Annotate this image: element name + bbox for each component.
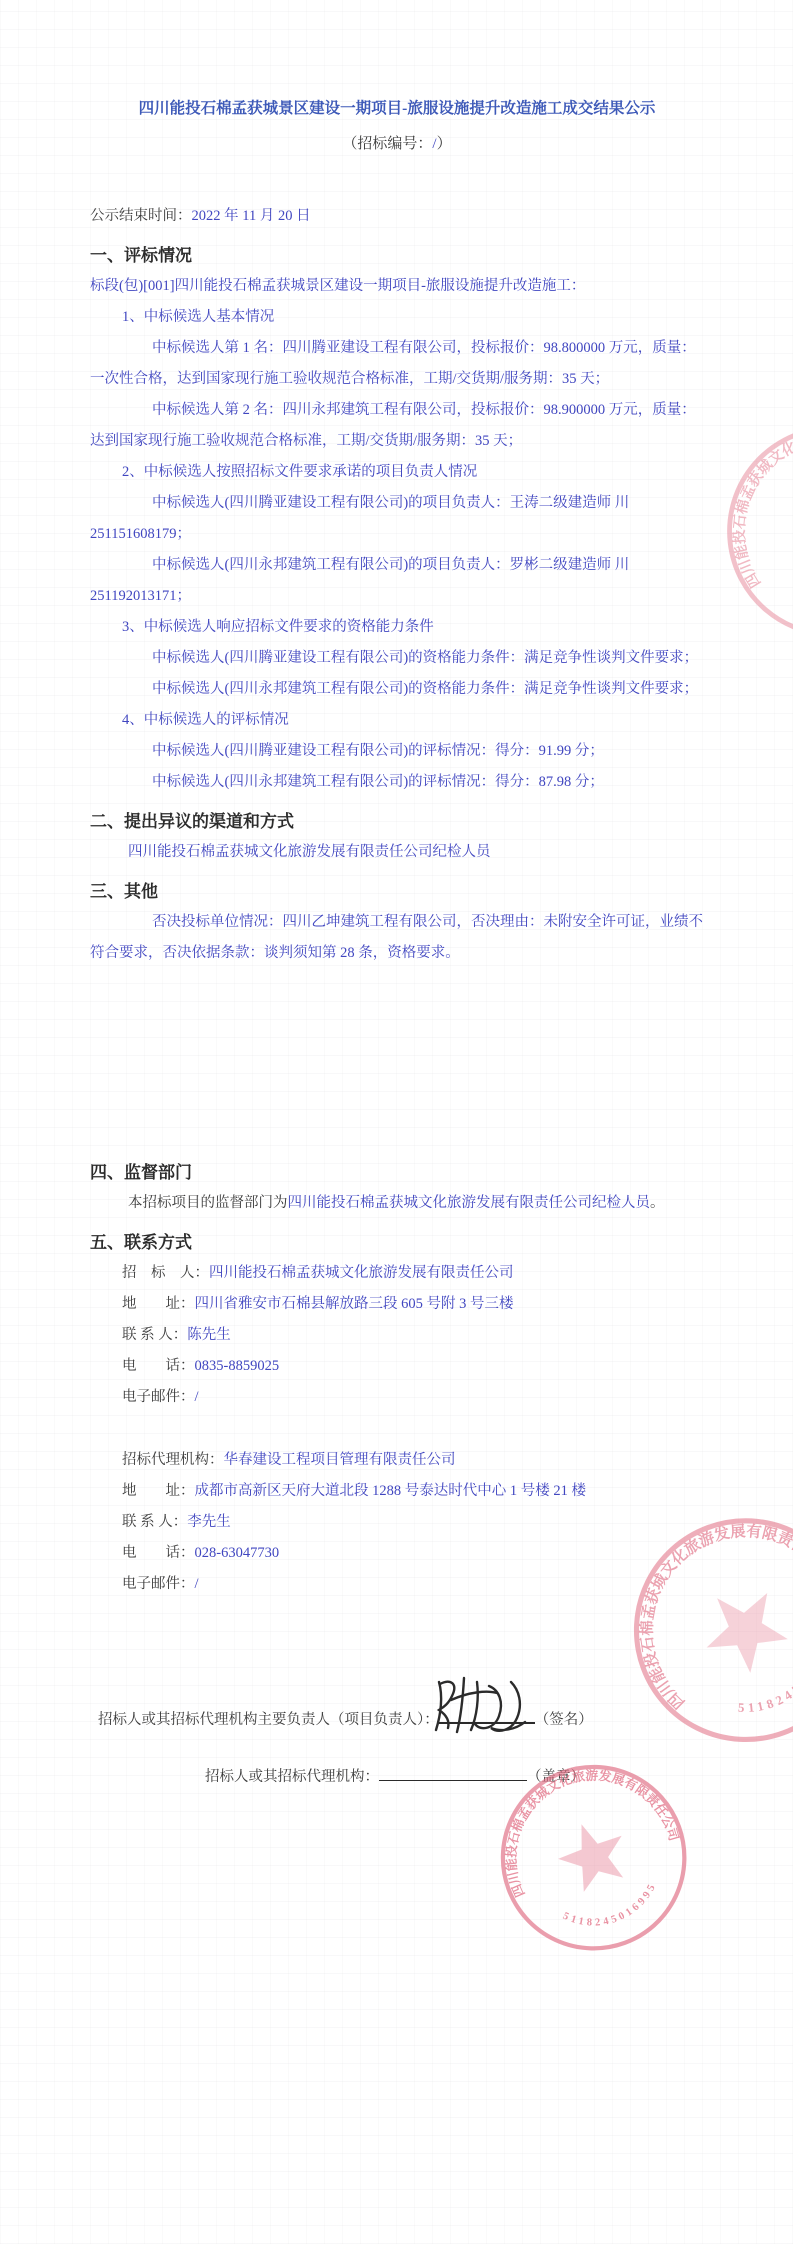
seal-star-icon xyxy=(550,1813,636,1897)
contact-value: 四川省雅安市石棉县解放路三段 605 号附 3 号三楼 xyxy=(195,1296,514,1312)
contact-row: 电 话：0835-8859025 xyxy=(122,1351,704,1382)
contact-label: 电子邮件： xyxy=(122,1576,195,1592)
supervision-line: 本招标项目的监督部门为四川能投石棉孟获城文化旅游发展有限责任公司纪检人员。 xyxy=(90,1188,704,1219)
seal-star-icon xyxy=(780,477,793,578)
candidate1-qualification-paragraph: 中标候选人(四川腾亚建设工程有限公司)的资格能力条件：满足竞争性谈判文件要求； xyxy=(90,643,704,674)
candidate2-manager-paragraph: 中标候选人(四川永邦建筑工程有限公司)的项目负责人：罗彬二级建造师 川 2511… xyxy=(90,550,704,612)
seal-ring xyxy=(693,392,793,671)
contact-value: 028-63047730 xyxy=(195,1545,280,1561)
tender-result-announcement-page: { "colors": { "title_blue": "#3d59b8", "… xyxy=(0,0,793,2244)
end-time-label: 公示结束时间： xyxy=(90,208,192,224)
item-label-1: 1、中标候选人基本情况 xyxy=(122,302,704,333)
page-title: 四川能投石棉孟获城景区建设一期项目-旅服设施提升改造施工成交结果公示 xyxy=(90,98,704,120)
contact-row: 电子邮件：/ xyxy=(122,1569,704,1600)
contact-value: 0835-8859025 xyxy=(195,1358,280,1374)
bidder-contact-block: 招 标 人：四川能投石棉孟获城文化旅游发展有限责任公司 地 址：四川省雅安市石棉… xyxy=(90,1258,704,1413)
contact-row: 电子邮件：/ xyxy=(122,1382,704,1413)
svg-text:5118245016995: 5118245016995 xyxy=(731,1624,793,1735)
candidate2-basic-paragraph: 中标候选人第 2 名：四川永邦建筑工程有限公司，投标报价：98.900000 万… xyxy=(90,395,704,457)
item-label-2: 2、中标候选人按照招标文件要求承诺的项目负责人情况 xyxy=(122,457,704,488)
rejected-bidder-paragraph: 否决投标单位情况：四川乙坤建筑工程有限公司，否决理由：未附安全许可证，业绩不符合… xyxy=(90,907,704,969)
document-body: 四川能投石棉孟获城景区建设一期项目-旅服设施提升改造施工成交结果公示 （招标编号… xyxy=(90,0,704,1793)
supervision-suffix: 。 xyxy=(650,1195,665,1211)
section-heading-contact: 五、联系方式 xyxy=(90,1227,704,1258)
seal-company-text: 四川能投石棉孟获城文化旅游发展有限责任公司 xyxy=(695,392,793,591)
contact-value: / xyxy=(195,1389,199,1405)
contact-row: 地 址：成都市高新区天府大道北段 1288 号泰达时代中心 1 号楼 21 楼 xyxy=(122,1476,704,1507)
contact-label: 招 标 人： xyxy=(122,1265,209,1281)
contact-row: 招标代理机构：华春建设工程项目管理有限责任公司 xyxy=(122,1445,704,1476)
contact-row: 联 系 人：李先生 xyxy=(122,1507,704,1538)
bid-number-line: （招标编号：/） xyxy=(90,133,704,155)
section-heading-other: 三、其他 xyxy=(90,876,704,907)
contact-label: 联 系 人： xyxy=(122,1327,187,1343)
contact-label: 招标代理机构： xyxy=(122,1452,224,1468)
supervision-prefix: 本招标项目的监督部门为 xyxy=(128,1195,288,1211)
candidate1-manager-paragraph: 中标候选人(四川腾亚建设工程有限公司)的项目负责人：王涛二级建造师 川 2511… xyxy=(90,488,704,550)
supervision-entity: 四川能投石棉孟获城文化旅游发展有限责任公司纪检人员 xyxy=(288,1195,651,1211)
candidate1-basic-paragraph: 中标候选人第 1 名：四川腾亚建设工程有限公司，投标报价：98.800000 万… xyxy=(90,333,704,395)
contact-label: 电 话： xyxy=(122,1545,195,1561)
section-heading-evaluation: 一、评标情况 xyxy=(90,240,704,271)
contact-row: 电 话：028-63047730 xyxy=(122,1538,704,1569)
contact-label: 联 系 人： xyxy=(122,1514,187,1530)
section-heading-supervision: 四、监督部门 xyxy=(90,1157,704,1188)
seal-number-text: 5118245016995 xyxy=(558,1878,667,1943)
agency-contact-block: 招标代理机构：华春建设工程项目管理有限责任公司 地 址：成都市高新区天府大道北段… xyxy=(90,1445,704,1600)
section-heading-objection: 二、提出异议的渠道和方式 xyxy=(90,806,704,837)
lot-line: 标段(包)[001]四川能投石棉孟获城景区建设一期项目-旅服设施提升改造施工： xyxy=(90,271,704,302)
contact-row: 联 系 人：陈先生 xyxy=(122,1320,704,1351)
publicity-end-time: 公示结束时间：2022 年 11 月 20 日 xyxy=(90,201,704,232)
contact-label: 地 址： xyxy=(122,1296,195,1312)
contact-row: 地 址：四川省雅安市石棉县解放路三段 605 号附 3 号三楼 xyxy=(122,1289,704,1320)
item-label-3: 3、中标候选人响应招标文件要求的资格能力条件 xyxy=(122,612,704,643)
signature-line: 招标人或其招标代理机构主要负责人（项目负责人）： （签名） xyxy=(98,1705,704,1736)
svg-text:5118245016995: 5118245016995 xyxy=(558,1878,667,1943)
seal-number-text: 5118245016995 xyxy=(731,1624,793,1735)
bid-number-open: （招标编号： xyxy=(342,136,432,152)
contact-value: / xyxy=(195,1576,199,1592)
stamp-underline xyxy=(379,1764,527,1781)
contact-value: 李先生 xyxy=(187,1514,231,1530)
signature-label: 招标人或其招标代理机构主要负责人（项目负责人）： xyxy=(98,1712,439,1728)
signature-underline xyxy=(439,1706,535,1724)
stamp-line: 招标人或其招标代理机构：（盖章） xyxy=(205,1762,704,1793)
handwritten-signature xyxy=(431,1674,547,1736)
candidate2-score-paragraph: 中标候选人(四川永邦建筑工程有限公司)的评标情况：得分：87.98 分； xyxy=(90,767,704,798)
end-time-value: 2022 年 11 月 20 日 xyxy=(192,208,311,224)
contact-row: 招 标 人：四川能投石棉孟获城文化旅游发展有限责任公司 xyxy=(122,1258,704,1289)
candidate1-score-paragraph: 中标候选人(四川腾亚建设工程有限公司)的评标情况：得分：91.99 分； xyxy=(90,736,704,767)
item-label-4: 4、中标候选人的评标情况 xyxy=(122,705,704,736)
contact-label: 电 话： xyxy=(122,1358,195,1374)
contact-value: 四川能投石棉孟获城文化旅游发展有限责任公司 xyxy=(209,1265,514,1281)
contact-value: 成都市高新区天府大道北段 1288 号泰达时代中心 1 号楼 21 楼 xyxy=(195,1483,587,1499)
objection-channel-line: 四川能投石棉孟获城文化旅游发展有限责任公司纪检人员 xyxy=(128,837,704,868)
contact-label: 电子邮件： xyxy=(122,1389,195,1405)
svg-text:四川能投石棉孟获城文化旅游发展有限责任公司: 四川能投石棉孟获城文化旅游发展有限责任公司 xyxy=(695,392,793,591)
contact-label: 地 址： xyxy=(122,1483,195,1499)
blank-gap xyxy=(90,969,704,1149)
bid-number-close: ） xyxy=(437,136,452,152)
candidate2-qualification-paragraph: 中标候选人(四川永邦建筑工程有限公司)的资格能力条件：满足竞争性谈判文件要求； xyxy=(90,674,704,705)
stamp-label: 招标人或其招标代理机构： xyxy=(205,1769,379,1785)
contact-value: 华春建设工程项目管理有限责任公司 xyxy=(224,1452,456,1468)
contact-value: 陈先生 xyxy=(187,1327,231,1343)
stamp-suffix: （盖章） xyxy=(527,1769,585,1785)
